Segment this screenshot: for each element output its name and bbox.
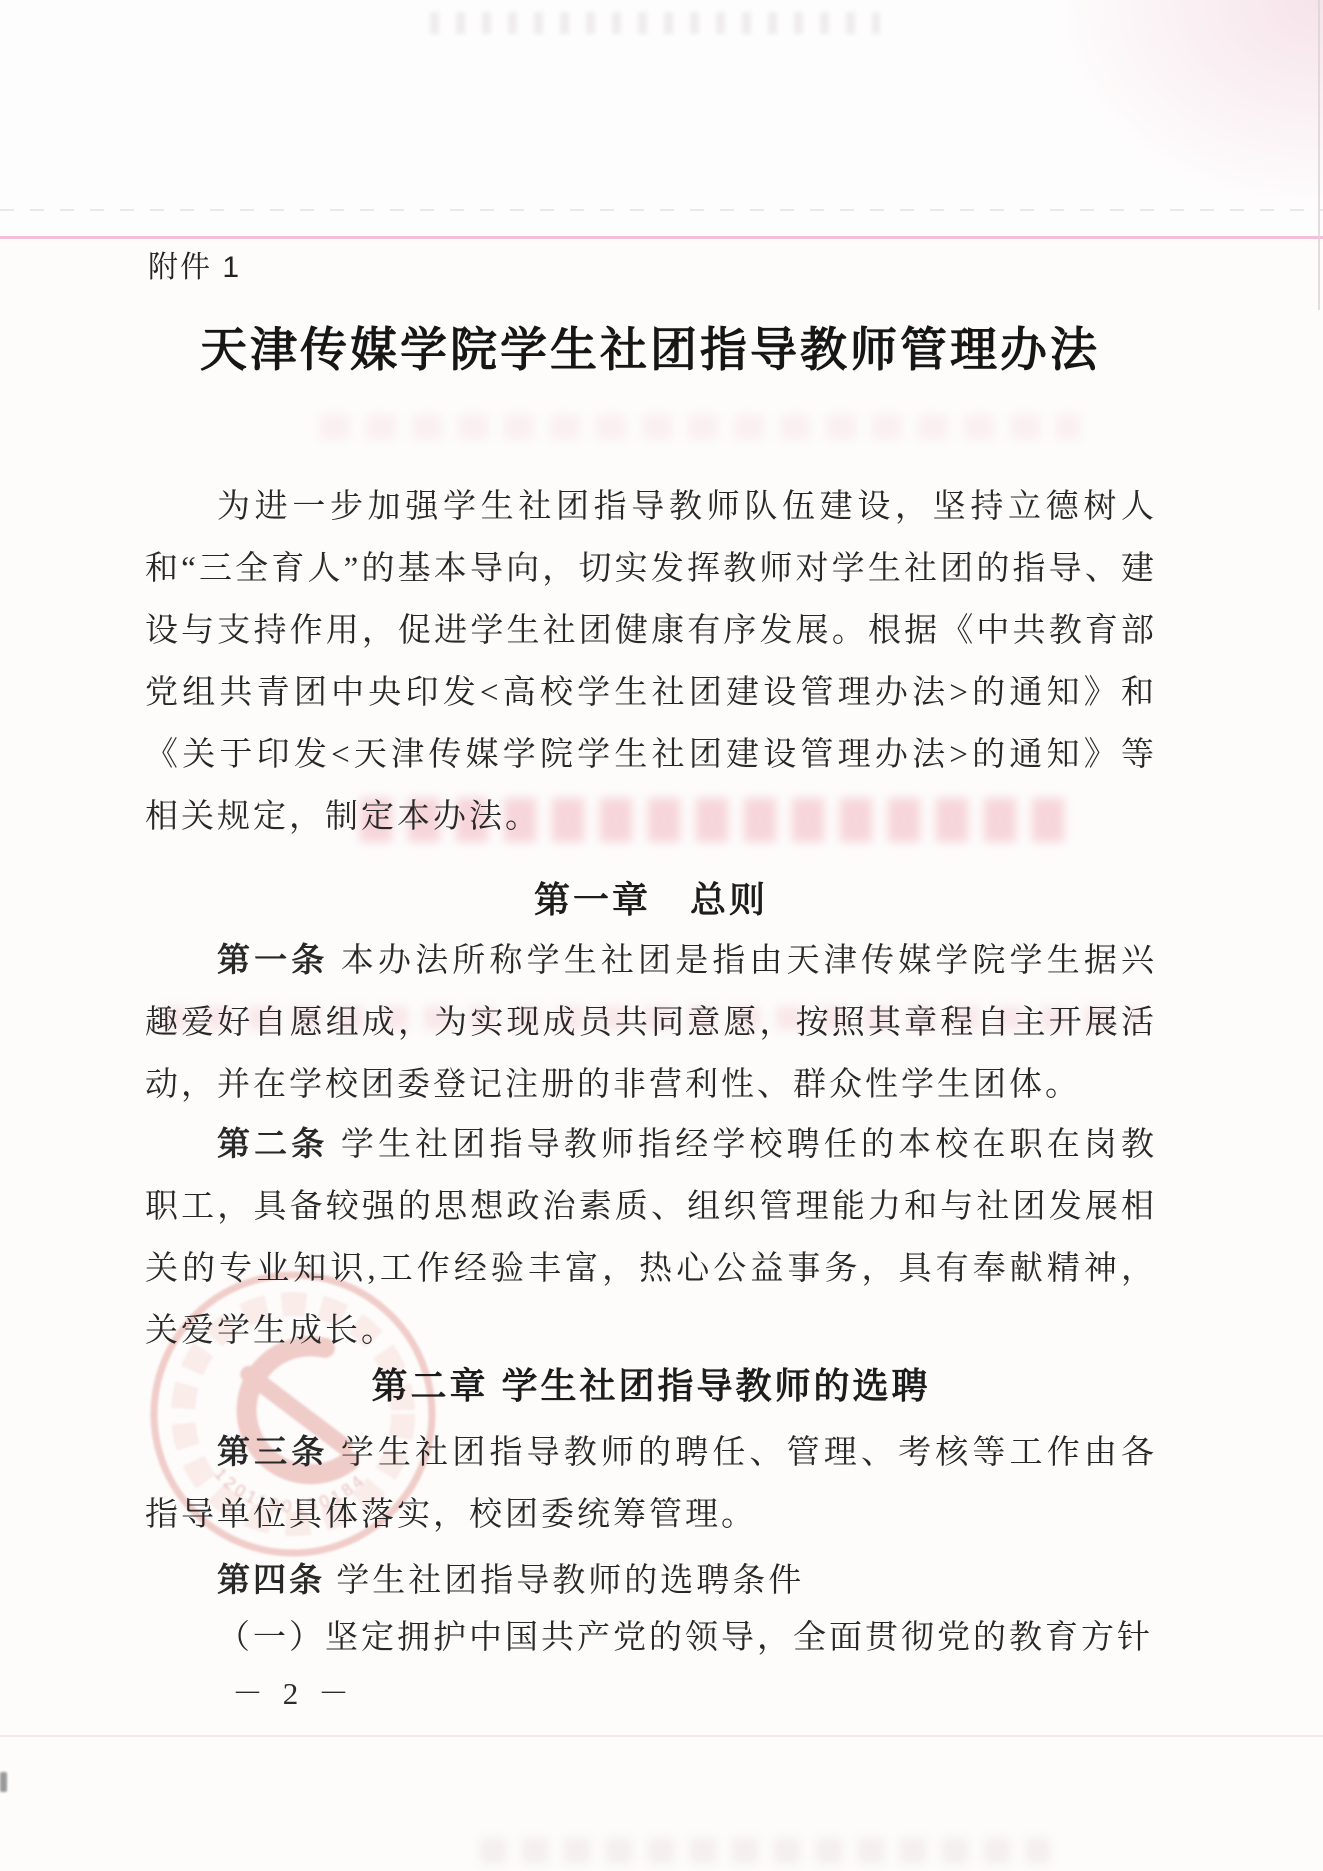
- faint-dotted-divider: [0, 209, 1323, 211]
- article-4-text: 学生社团指导教师的选聘条件: [336, 1563, 804, 1599]
- scan-speckle: [430, 12, 880, 34]
- corner-pink-wash: [1053, 0, 1323, 210]
- article-3-label: 第三条: [217, 1433, 328, 1470]
- page-bottom-edge: [0, 1735, 1323, 1737]
- bleedthrough-artifact: [480, 1838, 1050, 1864]
- page-number: － 2 －: [232, 1668, 355, 1713]
- pink-divider-line: [0, 236, 1323, 239]
- chapter-2-heading: 第二章 学生社团指导教师的选聘: [145, 1358, 1157, 1414]
- scan-edge-mark: [0, 1772, 7, 1792]
- chapter-1-heading: 第一章 总则: [145, 872, 1157, 928]
- article-3-paragraph: 第三条 学生社团指导教师的聘任、管理、考核等工作由各指导单位具体落实，校团委统筹…: [145, 1421, 1157, 1546]
- document-page: 1201190130184 附件 1 天津传媒学院学生社团指导教师管理办法 为进…: [0, 0, 1323, 1871]
- attachment-label: 附件 1: [148, 248, 241, 288]
- article-2-paragraph: 第二条 学生社团指导教师指经学校聘任的本校在职在岗教职工，具备较强的思想政治素质…: [145, 1113, 1157, 1362]
- article-4-paragraph: 第四条 学生社团指导教师的选聘条件: [145, 1549, 1157, 1612]
- intro-paragraph: 为进一步加强学生社团指导教师队伍建设，坚持立德树人和“三全育人”的基本导向，切实…: [145, 476, 1157, 848]
- article-1-label: 第一条: [217, 941, 328, 978]
- document-title: 天津传媒学院学生社团指导教师管理办法: [145, 321, 1155, 381]
- scan-right-edge: [1318, 0, 1320, 310]
- bleedthrough-artifact: [320, 414, 1080, 440]
- article-4-item-1: （一）坚定拥护中国共产党的领导，全面贯彻党的教育方针: [145, 1607, 1157, 1669]
- article-1-paragraph: 第一条 本办法所称学生社团是指由天津传媒学院学生据兴趣爱好自愿组成，为实现成员共…: [145, 929, 1157, 1116]
- article-4-label: 第四条: [217, 1561, 325, 1598]
- article-2-label: 第二条: [217, 1125, 328, 1162]
